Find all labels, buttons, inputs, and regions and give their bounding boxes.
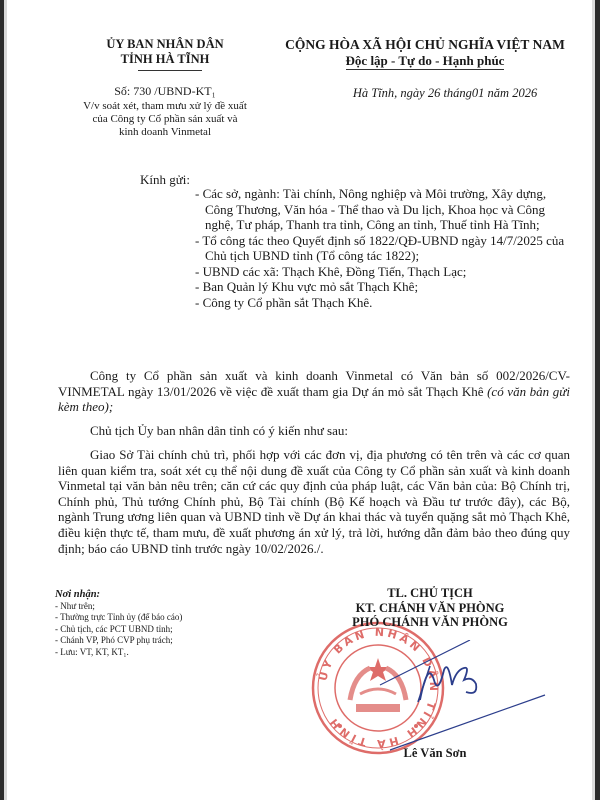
greeting-label: Kính gửi: [140,172,190,188]
agency-underline [138,70,202,71]
agency-line-1: ỦY BAN NHÂN DÂN [70,37,260,52]
signature-title: TL. CHỦ TỊCH KT. CHÁNH VĂN PHÒNG PHÓ CHÁ… [330,586,530,630]
issuing-agency: ỦY BAN NHÂN DÂN TỈNH HÀ TĨNH [70,37,260,67]
para2-text: Chủ tịch Ủy ban nhân dân tỉnh có ý kiến … [58,423,570,439]
distribution-item: - Như trên; [55,601,275,613]
agency-line-2: TỈNH HÀ TĨNH [70,52,260,67]
signature-line-3: PHÓ CHÁNH VĂN PHÒNG [330,615,530,630]
distribution-item: - Lưu: VT, KT, KT₁. [55,647,275,659]
page-edge-right [595,0,600,800]
body-paragraph-2: Chủ tịch Ủy ban nhân dân tỉnh có ý kiến … [58,423,570,439]
signer-name: Lê Văn Sơn [355,746,515,761]
distribution-item: - Chủ tịch, các PCT UBND tỉnh; [55,624,275,636]
body-paragraph-3: Giao Sở Tài chính chủ trì, phối hợp với … [58,447,570,556]
subject-line: V/v soát xét, tham mưu xử lý đề xuất [70,100,260,113]
recipient-item: - Công ty Cổ phần sắt Thạch Khê. [195,295,565,311]
recipient-item: - Các sở, ngành: Tài chính, Nông nghiệp … [195,186,565,233]
recipient-list: - Các sở, ngành: Tài chính, Nông nghiệp … [195,186,565,310]
distribution-item: - Thường trực Tỉnh ủy (để báo cáo) [55,612,275,624]
signature-line-1: TL. CHỦ TỊCH [330,586,530,601]
subject-line: kinh doanh Vinmetal [70,126,260,139]
recipient-item: - Ban Quản lý Khu vực mỏ sắt Thạch Khê; [195,279,565,295]
recipient-item: - UBND các xã: Thạch Khê, Đồng Tiến, Thạ… [195,264,565,280]
para3-text: Giao Sở Tài chính chủ trì, phối hợp với … [58,447,570,556]
national-motto: Độc lập - Tự do - Hạnh phúc [265,53,585,69]
document-subject: V/v soát xét, tham mưu xử lý đề xuất của… [70,100,260,139]
page-edge-left-shadow [4,0,7,800]
recipient-item: - Tổ công tác theo Quyết định số 1822/QĐ… [195,233,565,264]
signature-line-2: KT. CHÁNH VĂN PHÒNG [330,601,530,616]
body-paragraph-1: Công ty Cổ phần sản xuất và kinh doanh V… [58,368,570,415]
national-title: CỘNG HÒA XÃ HỘI CHỦ NGHĨA VIỆT NAM [265,37,585,53]
document-number: Số: 730 /UBND-KT₁ [70,84,260,98]
page-edge-right-shadow [592,0,595,800]
dateline: Hà Tĩnh, ngày 26 tháng01 năm 2026 [300,86,590,101]
distribution-title: Nơi nhận: [55,589,275,601]
subject-line: của Công ty Cổ phần sản xuất và [70,113,260,126]
distribution-item: - Chánh VP, Phó CVP phụ trách; [55,635,275,647]
distribution-list: Nơi nhận: - Như trên; - Thường trực Tỉnh… [55,589,275,658]
motto-text: Độc lập - Tự do - Hạnh phúc [346,53,505,70]
handwritten-signature-icon [360,640,560,760]
